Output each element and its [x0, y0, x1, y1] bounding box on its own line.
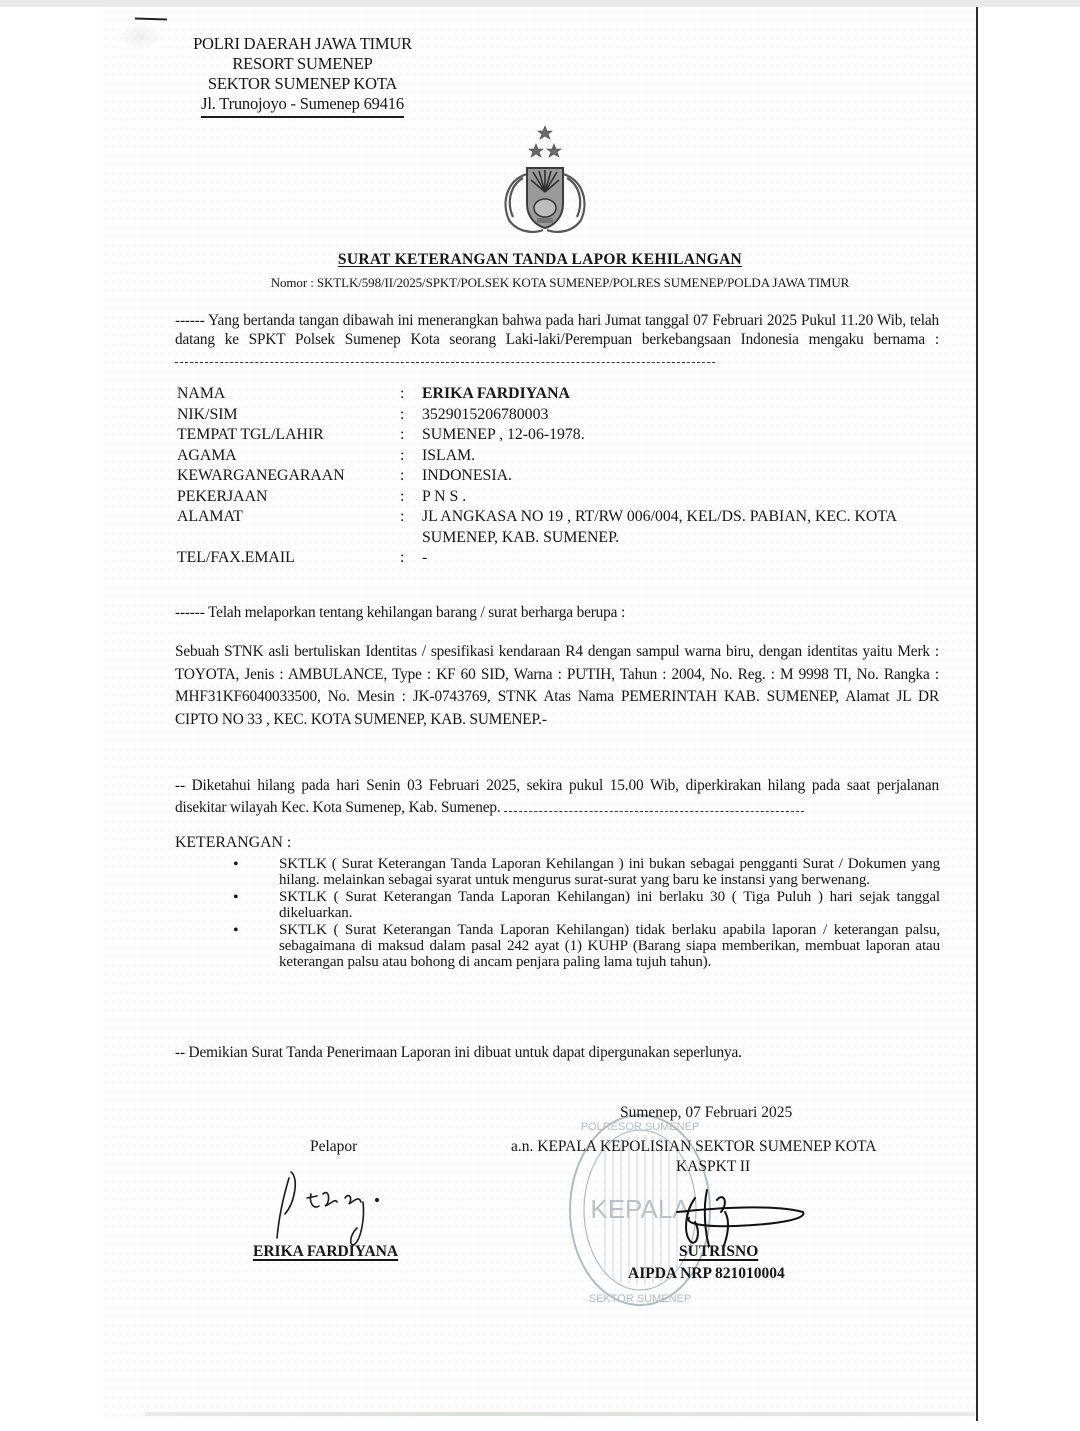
polri-emblem-icon	[493, 122, 597, 240]
report-intro: ------ Telah melaporkan tentang kehilang…	[175, 603, 939, 622]
table-row: NIK/SIM:3529015206780003	[177, 405, 967, 426]
letterhead-line: RESORT SUMENEP	[170, 54, 435, 74]
letterhead-line: POLRI DAERAH JAWA TIMUR	[170, 34, 435, 54]
table-row: KEWARGANEGARAAN:INDONESIA.	[177, 466, 967, 487]
field-separator: :	[400, 466, 422, 487]
intro-text: ------ Yang bertanda tangan dibawah ini …	[175, 312, 939, 348]
letterhead: POLRI DAERAH JAWA TIMUR RESORT SUMENEP S…	[170, 34, 435, 118]
signing-place-date: Sumenep, 07 Februari 2025	[620, 1104, 792, 1122]
reporter-identity-table: NAMA:ERIKA FARDIYANA NIK/SIM:35290152067…	[177, 384, 967, 569]
field-separator: :	[400, 384, 422, 405]
stamp-bottom-text: SEKTOR SUMENEP	[589, 1293, 692, 1305]
field-value-nik: 3529015206780003	[422, 405, 967, 426]
paper-bottom-shadow	[145, 1412, 975, 1416]
field-value-address: JL ANGKASA NO 19 , RT/RW 006/004, KEL/DS…	[422, 507, 967, 548]
field-value-citizenship: INDONESIA.	[422, 466, 967, 487]
document-number: Nomor : SKTLK/598/II/2025/SPKT/POLSEK KO…	[0, 275, 1080, 291]
scan-smudge	[118, 22, 163, 50]
field-value-birth: SUMENEP , 12-06-1978.	[422, 425, 967, 446]
dashed-fill-line	[504, 805, 804, 812]
letterhead-line: SEKTOR SUMENEP KOTA	[170, 74, 435, 94]
loss-circumstances: -- Diketahui hilang pada hari Senin 03 F…	[175, 775, 939, 819]
table-row: NAMA:ERIKA FARDIYANA	[177, 384, 967, 405]
table-row: TEL/FAX.EMAIL:-	[177, 548, 967, 569]
lost-item-description: Sebuah STNK asli bertuliskan Identitas /…	[175, 641, 939, 731]
dashed-fill-line	[175, 356, 715, 363]
field-label: TEMPAT TGL/LAHIR	[177, 425, 400, 446]
on-behalf-line: a.n. KEPALA KEPOLISIAN SEKTOR SUMENEP KO…	[511, 1138, 876, 1156]
officer-position: KASPKT II	[676, 1158, 750, 1176]
field-separator: :	[400, 405, 422, 426]
table-row: AGAMA:ISLAM.	[177, 446, 967, 467]
stamp-top-text: POLRESOR SUMENEP	[581, 1121, 700, 1133]
field-label: PEKERJAAN	[177, 487, 400, 508]
list-item: SKTLK ( Surat Keterangan Tanda Laporan K…	[230, 889, 940, 922]
field-label: NAMA	[177, 384, 400, 405]
document-title: SURAT KETERANGAN TANDA LAPOR KEHILANGAN	[0, 251, 1080, 269]
officer-name: SUTRISNO	[679, 1243, 758, 1261]
paper-edge	[976, 7, 978, 1421]
field-separator: :	[400, 446, 422, 467]
intro-paragraph: ------ Yang bertanda tangan dibawah ini …	[175, 311, 939, 368]
field-separator: :	[400, 425, 422, 446]
field-label: TEL/FAX.EMAIL	[177, 548, 400, 569]
notes-heading: KETERANGAN :	[175, 834, 291, 852]
reporter-label: Pelapor	[310, 1138, 357, 1156]
viewer-top-strip	[0, 0, 1080, 7]
reporter-signature-icon	[265, 1158, 395, 1248]
table-row: TEMPAT TGL/LAHIR:SUMENEP , 12-06-1978.	[177, 425, 967, 446]
field-value-name: ERIKA FARDIYANA	[422, 384, 967, 405]
list-item: SKTLK ( Surat Keterangan Tanda Laporan K…	[230, 856, 940, 889]
field-label: ALAMAT	[177, 507, 400, 548]
notes-list: SKTLK ( Surat Keterangan Tanda Laporan K…	[230, 856, 940, 971]
field-separator: :	[400, 487, 422, 508]
field-label: AGAMA	[177, 446, 400, 467]
officer-rank-nrp: AIPDA NRP 821010004	[628, 1265, 785, 1283]
closing-statement: -- Demikian Surat Tanda Penerimaan Lapor…	[175, 1043, 939, 1062]
table-row: ALAMAT:JL ANGKASA NO 19 , RT/RW 006/004,…	[177, 507, 967, 548]
letterhead-address: Jl. Trunojoyo - Sumenep 69416	[201, 94, 404, 118]
field-value-contact: -	[422, 548, 967, 569]
table-row: PEKERJAAN:P N S .	[177, 487, 967, 508]
list-item: SKTLK ( Surat Keterangan Tanda Laporan K…	[230, 922, 940, 971]
field-label: KEWARGANEGARAAN	[177, 466, 400, 487]
reporter-name: ERIKA FARDIYANA	[253, 1243, 398, 1261]
field-separator: :	[400, 507, 422, 548]
field-separator: :	[400, 548, 422, 569]
field-label: NIK/SIM	[177, 405, 400, 426]
field-value-religion: ISLAM.	[422, 446, 967, 467]
field-value-occupation: P N S .	[422, 487, 967, 508]
